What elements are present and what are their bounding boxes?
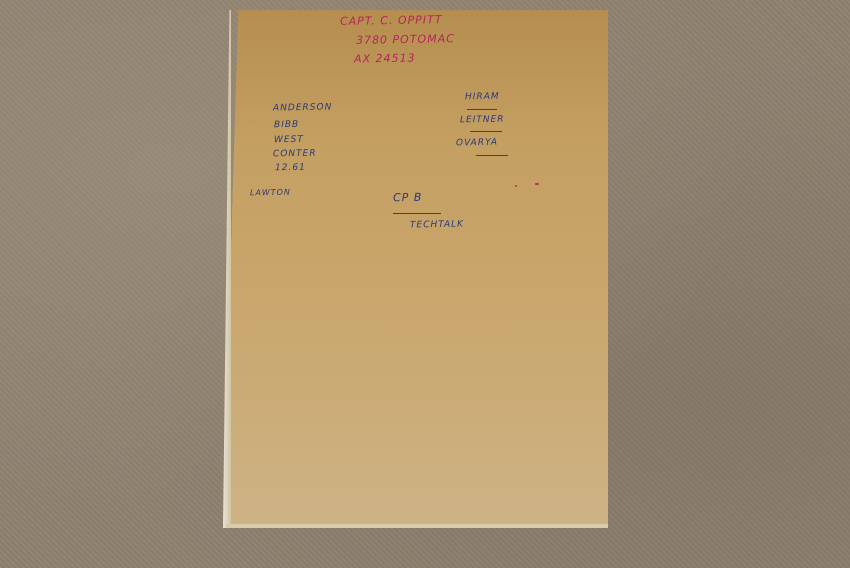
handwriting-red-line-1: CAPT. C. OPPITT [340, 13, 443, 28]
underline [470, 131, 502, 132]
handwriting-right-line-3: OVARYA [456, 138, 498, 149]
ink-mark [535, 183, 539, 185]
handwriting-red-line-2: 3780 POTOMAC [356, 32, 455, 47]
handwriting-left-line-4: CONTER [273, 149, 317, 160]
photo-scene: CAPT. C. OPPITT 3780 POTOMAC AX 24513 AN… [0, 0, 850, 568]
booklet-back-cover [223, 10, 608, 528]
booklet-spine [223, 10, 231, 528]
handwriting-right-line-2: LEITNER [460, 115, 505, 126]
handwriting-left-line-3: WEST [274, 135, 304, 146]
booklet-bottom-edge [226, 524, 608, 528]
handwriting-right-line-1: HIRAM [465, 92, 500, 103]
handwriting-center-line-1: CP B [393, 191, 423, 205]
underline [476, 155, 508, 156]
underline [393, 213, 441, 214]
ink-mark [515, 185, 517, 187]
handwriting-center-line-2: TECHTALK [410, 220, 464, 231]
handwriting-left-line-5: 12.61 [275, 163, 306, 174]
handwriting-left-bottom: LAWTON [250, 188, 291, 198]
handwriting-left-line-1: ANDERSON [273, 102, 332, 113]
underline [467, 109, 497, 110]
handwriting-red-line-3: AX 24513 [354, 51, 416, 65]
handwriting-left-line-2: BIBB [274, 120, 299, 130]
